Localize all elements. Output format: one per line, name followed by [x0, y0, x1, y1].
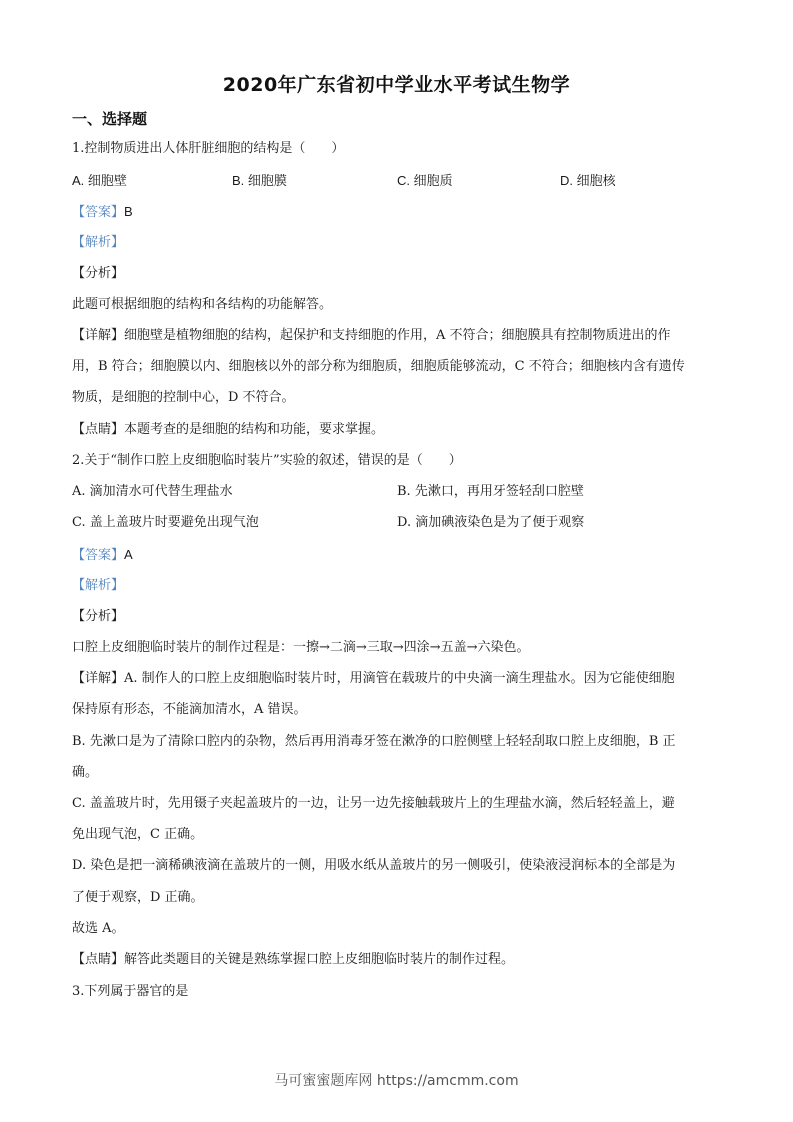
q1-detail-line: 【详解】细胞壁是植物细胞的结构，起保护和支持细胞的作用，A 不符合；细胞膜具有控… [72, 327, 722, 345]
q1-option-a: A. 细胞壁 [72, 172, 127, 190]
answer-value: A [124, 547, 133, 562]
q1-option-b: B. 细胞膜 [232, 172, 287, 190]
footer-watermark: 马可蜜蜜题库网 https://amcmm.com [0, 1070, 793, 1090]
question-2-stem: 2.关于“制作口腔上皮细胞临时装片”实验的叙述，错误的是（ ） [72, 452, 722, 470]
question-3-stem: 3.下列属于器官的是 [72, 983, 722, 1001]
q2-option-c: C. 盖上盖玻片时要避免出现气泡 [72, 514, 259, 532]
q2-fenxi-text: 口腔上皮细胞临时装片的制作过程是：一擦→二滴→三取→四涂→五盖→六染色。 [72, 639, 722, 657]
q1-option-d: D. 细胞核 [560, 172, 616, 190]
exam-page: 2020年广东省初中学业水平考试生物学 一、选择题 1.控制物质进出人体肝脏细胞… [0, 0, 793, 1122]
q2-analysis-label: 【解析】 [72, 577, 722, 595]
q2-detail-line: 免出现气泡，C 正确。 [72, 826, 722, 844]
q2-answer: 【答案】A [72, 546, 722, 565]
answer-label: 【答案】 [72, 205, 124, 220]
q2-fenxi-label: 【分析】 [72, 608, 722, 626]
q2-detail-line: C. 盖盖玻片时，先用镊子夹起盖玻片的一边，让另一边先接触载玻片上的生理盐水滴，… [72, 795, 722, 813]
q2-detail-line: 保持原有形态，不能滴加清水，A 错误。 [72, 701, 722, 719]
q1-fenxi-label: 【分析】 [72, 265, 722, 283]
q1-option-c: C. 细胞质 [397, 172, 453, 190]
section-heading: 一、选择题 [72, 108, 147, 129]
q1-detail-line: 用，B 符合；细胞膜以内、细胞核以外的部分称为细胞质，细胞质能够流动，C 不符合… [72, 358, 722, 376]
q1-detail-line: 物质，是细胞的控制中心，D 不符合。 [72, 389, 722, 407]
question-1-stem: 1.控制物质进出人体肝脏细胞的结构是（ ） [72, 140, 722, 158]
q2-detail-line: 确。 [72, 764, 722, 782]
q2-dianjing: 【点睛】解答此类题目的关键是熟练掌握口腔上皮细胞临时装片的制作过程。 [72, 951, 722, 969]
q2-detail-line: 了便于观察，D 正确。 [72, 889, 722, 907]
q1-dianjing: 【点睛】本题考查的是细胞的结构和功能，要求掌握。 [72, 421, 722, 439]
q2-detail-line: D. 染色是把一滴稀碘液滴在盖玻片的一侧，用吸水纸从盖玻片的另一侧吸引，使染液浸… [72, 857, 722, 875]
q1-analysis-label: 【解析】 [72, 234, 722, 252]
answer-value: B [124, 204, 133, 219]
document-title: 2020年广东省初中学业水平考试生物学 [0, 70, 793, 97]
q2-option-b: B. 先漱口，再用牙签轻刮口腔壁 [397, 483, 584, 501]
answer-label: 【答案】 [72, 548, 124, 563]
q1-fenxi-text: 此题可根据细胞的结构和各结构的功能解答。 [72, 296, 722, 314]
q1-answer: 【答案】B [72, 203, 722, 222]
q2-detail-line: 【详解】A. 制作人的口腔上皮细胞临时装片时，用滴管在载玻片的中央滴一滴生理盐水… [72, 670, 722, 688]
q2-option-a: A. 滴加清水可代替生理盐水 [72, 483, 233, 501]
q2-conclusion: 故选 A。 [72, 920, 722, 938]
q2-detail-line: B. 先漱口是为了清除口腔内的杂物，然后再用消毒牙签在漱净的口腔侧壁上轻轻刮取口… [72, 733, 722, 751]
q2-option-d: D. 滴加碘液染色是为了便于观察 [397, 514, 584, 532]
